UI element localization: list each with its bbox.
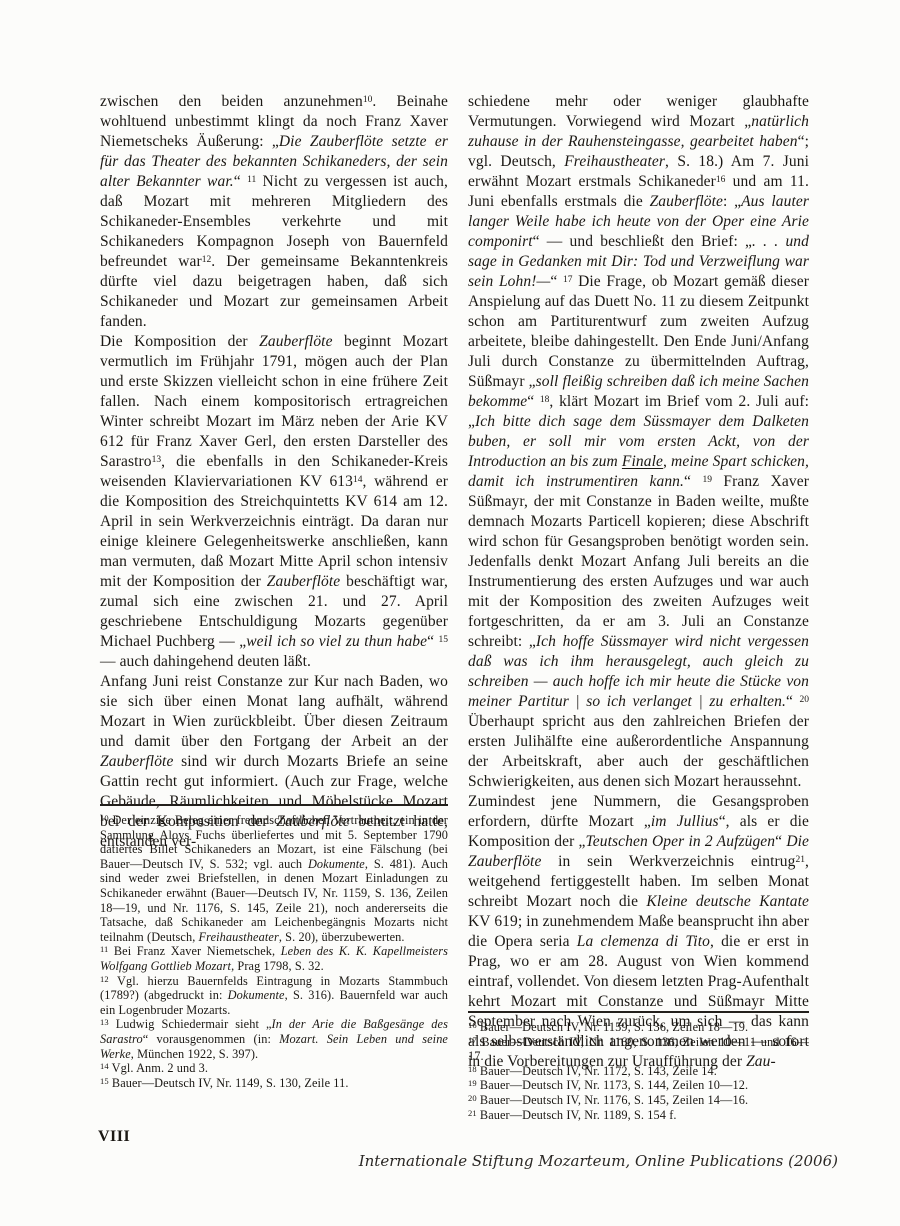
text-run: Dokumente	[228, 988, 285, 1002]
footnote-number: 20	[468, 1093, 477, 1103]
right-footnote-divider	[468, 1011, 809, 1013]
footnote-ref: 13	[152, 455, 162, 465]
text-run: Bauer—Deutsch IV, Nr. 1149, S. 130, Zeil…	[112, 1076, 349, 1090]
footnote: 14 Vgl. Anm. 2 und 3.	[100, 1061, 448, 1076]
page-number: VIII	[98, 1128, 130, 1146]
text-run: Bauer—Deutsch IV, Nr. 1176, S. 145, Zeil…	[480, 1093, 748, 1107]
text-run: Ludwig Schiedermair sieht „	[116, 1017, 272, 1031]
text-run: “ vorausgenommen (in:	[143, 1032, 280, 1046]
footnote-ref: 16	[716, 175, 726, 185]
text-run: “	[427, 633, 438, 650]
text-run: Dokumente	[308, 857, 365, 871]
footnote: 17 Bauer—Deutsch IV, Nr. 1160, S. 136, Z…	[468, 1035, 809, 1064]
text-run: “	[527, 393, 540, 410]
text-run: “	[786, 693, 800, 710]
footnote: 11 Bei Franz Xaver Niemetschek, Leben de…	[100, 944, 448, 973]
footnote-number: 15	[100, 1076, 109, 1086]
text-run: Zauberflöte	[259, 333, 332, 350]
footnote: 18 Bauer—Deutsch IV, Nr. 1172, S. 143, Z…	[468, 1064, 809, 1079]
footnote-ref: 21	[796, 855, 806, 865]
text-run: Bauer—Deutsch IV, Nr. 1160, S. 136, Zeil…	[468, 1035, 809, 1064]
text-run: Teutschen Oper in 2 Aufzügen	[586, 833, 776, 850]
footnote: 21 Bauer—Deutsch IV, Nr. 1189, S. 154 f.	[468, 1108, 809, 1123]
text-run: Freihaustheater	[199, 930, 279, 944]
footnote: 20 Bauer—Deutsch IV, Nr. 1176, S. 145, Z…	[468, 1093, 809, 1108]
left-column-text: zwischen den beiden anzunehmen10. Beinah…	[100, 92, 448, 852]
footnote-number: 19	[468, 1078, 477, 1088]
paragraph: zwischen den beiden anzunehmen10. Beinah…	[100, 92, 448, 332]
footnote-ref: 15	[439, 635, 449, 645]
text-run: Vgl. Anm. 2 und 3.	[112, 1061, 208, 1075]
text-run: Bauer—Deutsch IV, Nr. 1189, S. 154 f.	[480, 1108, 677, 1122]
footnote-ref: 20	[800, 695, 810, 705]
text-run: “	[234, 173, 247, 190]
right-column-text: schiedene mehr oder weniger glaubhafte V…	[468, 92, 809, 1072]
text-run: , München 1922, S. 397).	[131, 1047, 258, 1061]
footnote: 19 Bauer—Deutsch IV, Nr. 1173, S. 144, Z…	[468, 1078, 809, 1093]
text-run: “	[684, 473, 702, 490]
left-footnote-divider	[100, 804, 448, 806]
footnote-number: 14	[100, 1061, 109, 1071]
text-run: “	[550, 273, 563, 290]
text-run: Die Komposition der	[100, 333, 259, 350]
text-run: Freihaustheater	[564, 153, 665, 170]
text-run: “	[775, 833, 786, 850]
paragraph: Die Komposition der Zauberflöte beginnt …	[100, 332, 448, 672]
footnote-ref: 18	[540, 395, 550, 405]
text-run: Zauberflöte	[650, 193, 723, 210]
text-run: Zauberflöte	[100, 753, 173, 770]
text-run: zwischen den beiden anzunehmen	[100, 93, 363, 110]
right-footnotes: 16 Bauer—Deutsch IV, Nr. 1159, S. 136, Z…	[468, 1020, 809, 1122]
footnote-number: 11	[100, 944, 108, 954]
footnote: 16 Bauer—Deutsch IV, Nr. 1159, S. 136, Z…	[468, 1020, 809, 1035]
text-run: “ — und beschließt den Brief: „	[533, 233, 752, 250]
footnote-number: 16	[468, 1020, 477, 1030]
paragraph: schiedene mehr oder weniger glaubhafte V…	[468, 92, 809, 792]
text-run: , Prag 1798, S. 32.	[231, 959, 324, 973]
text-run: Bauer—Deutsch IV, Nr. 1172, S. 143, Zeil…	[480, 1064, 717, 1078]
text-run: , S. 20), überzubewerten.	[279, 930, 405, 944]
footnote-number: 21	[468, 1108, 477, 1118]
footnote: 13 Ludwig Schiedermair sieht „In der Ari…	[100, 1017, 448, 1061]
text-run: in sein Werkverzeichnis eintrug	[541, 853, 795, 870]
footnote: 10 Der einzige Beleg einer freundschaftl…	[100, 813, 448, 944]
footnote-number: 10	[100, 813, 109, 823]
text-run: Franz Xaver Süßmayr, der mit Constanze i…	[468, 473, 809, 650]
text-run: Kleine deutsche Kantate	[646, 893, 809, 910]
left-footnotes: 10 Der einzige Beleg einer freundschaftl…	[100, 813, 448, 1090]
text-run: weil ich so viel zu thun habe	[246, 633, 427, 650]
footnote-number: 17	[468, 1035, 477, 1045]
text-run: Anfang Juni reist Constanze zur Kur nach…	[100, 673, 448, 750]
footnote-number: 13	[100, 1017, 109, 1027]
footnote-ref: 19	[702, 475, 712, 485]
text-run: — auch dahingehend deuten läßt.	[100, 653, 311, 670]
footer-credit: Internationale Stiftung Mozarteum, Onlin…	[359, 1152, 838, 1170]
footnote-ref: 11	[247, 175, 256, 185]
footnote-number: 18	[468, 1064, 477, 1074]
footnote: 15 Bauer—Deutsch IV, Nr. 1149, S. 130, Z…	[100, 1076, 448, 1091]
footnote-ref: 14	[353, 475, 363, 485]
text-run: : „	[723, 193, 741, 210]
text-run: Finale	[622, 453, 663, 470]
text-run: beginnt Mozart vermutlich im Frühjahr 17…	[100, 333, 448, 470]
text-run: Zauberflöte	[267, 573, 340, 590]
text-run: Bauer—Deutsch IV, Nr. 1173, S. 144, Zeil…	[480, 1078, 748, 1092]
footnote-number: 12	[100, 974, 109, 984]
text-run: im Jullius	[651, 813, 719, 830]
text-run: La clemenza di Tito	[577, 933, 710, 950]
document-page: zwischen den beiden anzunehmen10. Beinah…	[0, 0, 900, 1226]
footnote-ref: 10	[363, 95, 373, 105]
footnote: 12 Vgl. hierzu Bauernfelds Eintragung in…	[100, 974, 448, 1018]
footnote-ref: 12	[202, 255, 212, 265]
text-run: Bauer—Deutsch IV, Nr. 1159, S. 136, Zeil…	[480, 1020, 748, 1034]
text-run: Bei Franz Xaver Niemetschek,	[114, 944, 281, 958]
text-run: Überhaupt spricht aus den zahlreichen Br…	[468, 713, 809, 790]
